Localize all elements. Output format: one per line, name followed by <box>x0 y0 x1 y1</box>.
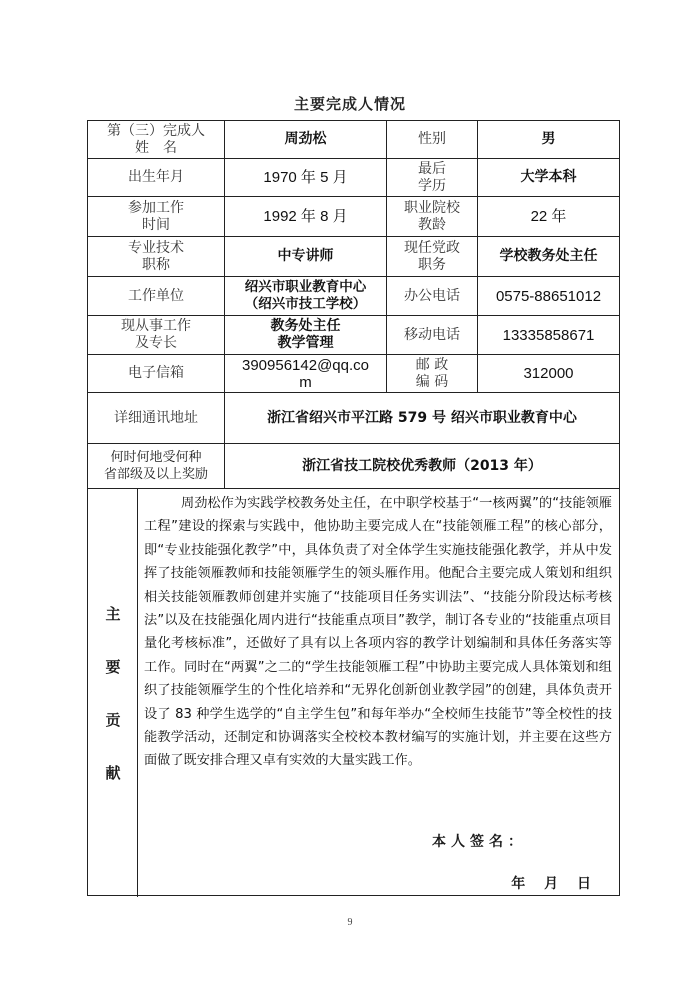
label-email: 电子信箱 <box>88 355 224 392</box>
label-postcode: 邮 政 编 码 <box>387 355 477 392</box>
date-label: 年 月 日 <box>511 873 591 893</box>
label-gender: 性别 <box>387 121 477 158</box>
contribution-text: 周劲松作为实践学校教务处主任，在中职学校基于“一核两翼”的“技能领雁工程”建设的… <box>144 492 612 773</box>
label-awards: 何时何地受何种 省部级及以上奖励 <box>88 444 224 488</box>
label-work-start: 参加工作 时间 <box>88 197 224 236</box>
value-birth: 1970 年 5 月 <box>225 159 386 196</box>
value-address: 浙江省绍兴市平江路 579 号 绍兴市职业教育中心 <box>225 393 619 443</box>
value-name: 周劲松 <box>225 121 386 158</box>
value-education: 大学本科 <box>478 159 619 196</box>
value-awards: 浙江省技工院校优秀教师（2013 年） <box>225 444 619 488</box>
label-birth: 出生年月 <box>88 159 224 196</box>
value-teaching-years: 22 年 <box>478 197 619 236</box>
contribution-label: 主 要 贡 献 <box>88 489 138 897</box>
contribution-label-char: 主 <box>105 603 120 624</box>
value-office-phone: 0575-88651012 <box>478 277 619 315</box>
contribution-label-char: 要 <box>105 656 120 677</box>
label-teaching-years: 职业院校 教龄 <box>387 197 477 236</box>
value-title: 中专讲师 <box>225 237 386 276</box>
value-work-start: 1992 年 8 月 <box>225 197 386 236</box>
page-number: 9 <box>0 917 700 928</box>
label-employer: 工作单位 <box>88 277 224 315</box>
label-title: 专业技术 职称 <box>88 237 224 276</box>
value-email: 390956142@qq.co m <box>225 355 386 392</box>
label-education: 最后 学历 <box>387 159 477 196</box>
value-current-work: 教务处主任 教学管理 <box>225 316 386 354</box>
label-position: 现任党政 职务 <box>387 237 477 276</box>
contribution-label-char: 献 <box>105 762 120 783</box>
value-employer: 绍兴市职业教育中心 （绍兴市技工学校） <box>225 277 386 315</box>
label-name: 第（三）完成人 姓 名 <box>88 121 224 158</box>
label-mobile: 移动电话 <box>387 316 477 354</box>
signature-label: 本人签名： <box>432 831 527 851</box>
value-mobile: 13335858671 <box>478 316 619 354</box>
page-title: 主要完成人情况 <box>0 93 700 114</box>
label-address: 详细通讯地址 <box>88 393 224 443</box>
label-current-work: 现从事工作 及专长 <box>88 316 224 354</box>
label-office-phone: 办公电话 <box>387 277 477 315</box>
value-postcode: 312000 <box>478 355 619 392</box>
completer-info-form: 第（三）完成人 姓 名 周劲松 性别 男 出生年月 1970 年 5 月 最后 … <box>87 120 620 896</box>
value-gender: 男 <box>478 121 619 158</box>
row-divider <box>88 488 619 489</box>
contribution-label-char: 贡 <box>105 709 120 730</box>
value-position: 学校教务处主任 <box>478 237 619 276</box>
